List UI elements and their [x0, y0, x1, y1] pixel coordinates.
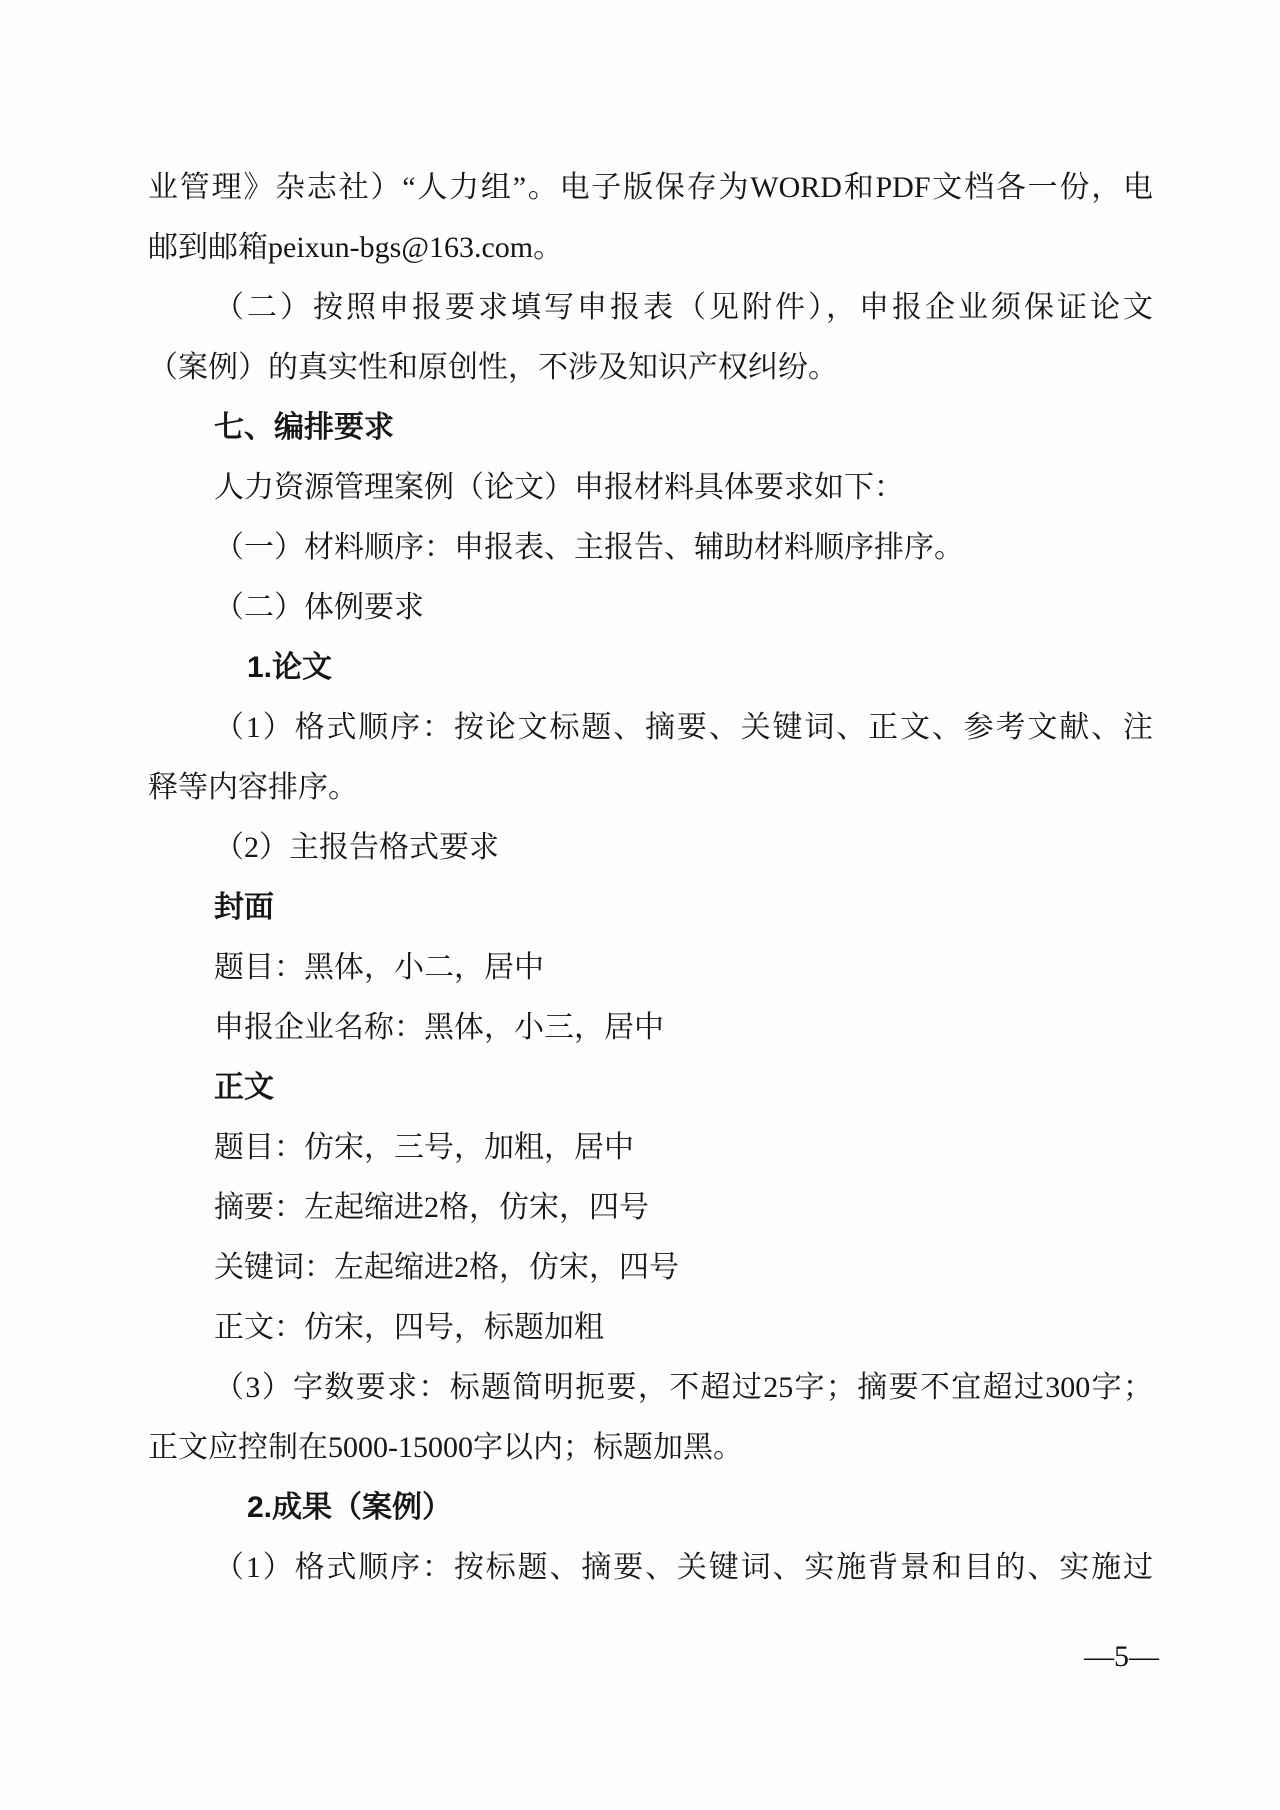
paragraph-line: （案例）的真实性和原创性，不涉及知识产权纠纷。 [148, 338, 1153, 398]
format-spec-line: 题目：黑体，小二，居中 [148, 938, 1153, 998]
paragraph-continuation-line: 释等内容排序。 [148, 758, 1153, 818]
paragraph-line: （1）格式顺序：按标题、摘要、关键词、实施背景和目的、实施过 [148, 1538, 1153, 1598]
document-body: 业管理》杂志社）“人力组”。电子版保存为WORD和PDF文档各一份，电 邮到邮箱… [148, 158, 1153, 1598]
format-spec-line: 题目：仿宋，三号，加粗，居中 [148, 1118, 1153, 1178]
format-spec-line: 正文：仿宋，四号，标题加粗 [148, 1298, 1153, 1358]
paragraph-line: （1）格式顺序：按论文标题、摘要、关键词、正文、参考文献、注 [148, 698, 1153, 758]
paragraph-line: （3）字数要求：标题简明扼要，不超过25字；摘要不宜超过300字； [148, 1358, 1153, 1418]
subheading-zhengwen: 正文 [148, 1058, 1153, 1118]
subheading-fengmian: 封面 [148, 878, 1153, 938]
document-page: 业管理》杂志社）“人力组”。电子版保存为WORD和PDF文档各一份，电 邮到邮箱… [0, 0, 1280, 1810]
paragraph-line-item-2: （二）体例要求 [148, 578, 1153, 638]
format-spec-line: 摘要：左起缩进2格，仿宋，四号 [148, 1178, 1153, 1238]
paragraph-line-item-1: （一）材料顺序：申报表、主报告、辅助材料顺序排序。 [148, 518, 1153, 578]
subheading-chengguo-anli: 2.成果（案例） [148, 1478, 1153, 1538]
paragraph-line: （2）主报告格式要求 [148, 818, 1153, 878]
subheading-lunwen: 1.论文 [148, 638, 1153, 698]
page-number: —5— [1084, 1640, 1159, 1674]
paragraph-continuation-line: 业管理》杂志社）“人力组”。电子版保存为WORD和PDF文档各一份，电 [148, 158, 1153, 218]
paragraph-line: （二）按照申报要求填写申报表（见附件），申报企业须保证论文 [148, 278, 1153, 338]
format-spec-line: 关键词：左起缩进2格，仿宋，四号 [148, 1238, 1153, 1298]
paragraph-line: 人力资源管理案例（论文）申报材料具体要求如下： [148, 458, 1153, 518]
format-spec-line: 申报企业名称：黑体，小三，居中 [148, 998, 1153, 1058]
paragraph-continuation-line: 正文应控制在5000-15000字以内；标题加黑。 [148, 1418, 1153, 1478]
section-heading-bianpai-yaoqiu: 七、编排要求 [148, 398, 1153, 458]
paragraph-line-email: 邮到邮箱peixun-bgs@163.com。 [148, 218, 1153, 278]
